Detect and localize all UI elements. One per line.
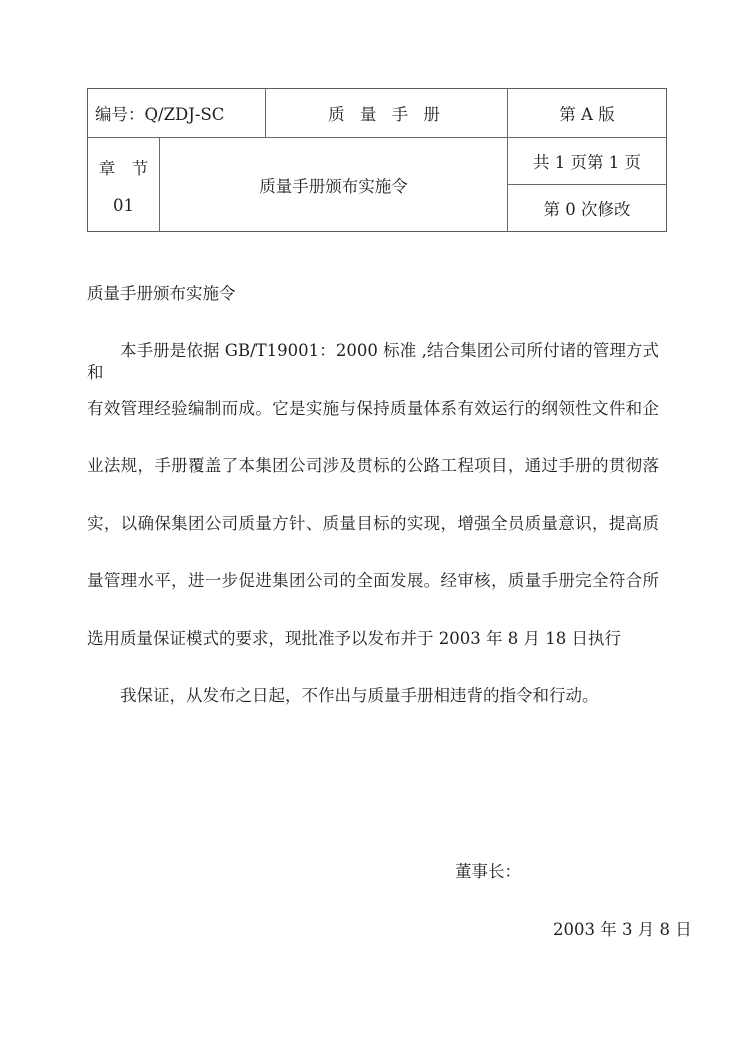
body-heading: 质量手册颁布实施令: [87, 283, 659, 305]
chapter-number: 01: [113, 196, 134, 215]
page-info-cell: 共 1 页第 1 页: [508, 138, 666, 184]
section-title-cell: 质量手册颁布实施令: [160, 138, 507, 231]
chapter-cell: 章 节 01: [88, 138, 159, 231]
body-line-6: 选用质量保证模式的要求，现批准予以发布并于 2003 年 8 月 18 日执行: [87, 628, 659, 650]
body-line-3: 业法规，手册覆盖了本集团公司涉及贯标的公路工程项目，通过手册的贯彻落: [87, 455, 659, 477]
doc-number-cell: 编号：Q/ZDJ-SC: [88, 89, 265, 137]
document-page: 编号：Q/ZDJ-SC 质 量 手 册 第 A 版 章 节 01 质量手册颁布实…: [0, 0, 744, 1052]
revision-info-cell: 第 0 次修改: [508, 185, 666, 231]
chairman-signature-label: 董事长：: [455, 861, 521, 883]
body-line-7: 我保证，从发布之日起，不作出与质量手册相违背的指令和行动。: [87, 685, 659, 707]
body-line-1: 本手册是依据 GB/T19001：2000 标准 ,结合集团公司所付诸的管理方式…: [87, 340, 659, 384]
edition-cell: 第 A 版: [508, 89, 666, 137]
chapter-label: 章 节: [99, 155, 149, 179]
body-line-2: 有效管理经验编制而成。它是实施与保持质量体系有效运行的纲领性文件和企: [87, 398, 659, 420]
header-table: 编号：Q/ZDJ-SC 质 量 手 册 第 A 版 章 节 01 质量手册颁布实…: [87, 88, 667, 232]
manual-title-cell: 质 量 手 册: [266, 89, 507, 137]
body-line-4: 实，以确保集团公司质量方针、质量目标的实现，增强全员质量意识，提高质: [87, 513, 659, 535]
signature-date: 2003 年 3 月 8 日: [553, 919, 692, 941]
body-line-5: 量管理水平，进一步促进集团公司的全面发展。经审核，质量手册完全符合所: [87, 570, 659, 592]
